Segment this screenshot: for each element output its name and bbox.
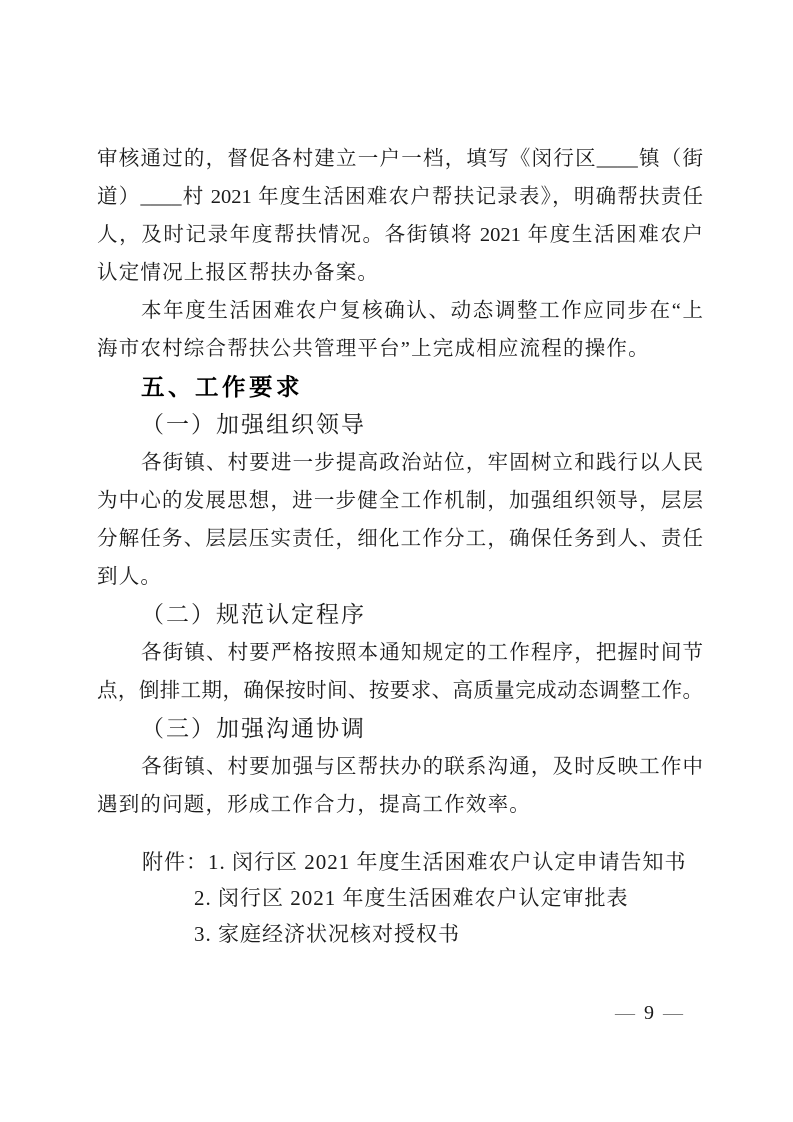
body-line: 点，倒排工期，确保按时间、按要求、高质量完成动态调整工作。 (97, 672, 703, 710)
footer-dash-left: — (615, 1002, 635, 1024)
attachment-item: 3. 家庭经济状况核对授权书 (97, 916, 703, 952)
body-line: 海市农村综合帮扶公共管理平台”上完成相应流程的操作。 (97, 330, 703, 368)
body-line: 分解任务、层层压实责任，细化工作分工，确保任务到人、责任 (97, 520, 703, 558)
body-line: 遇到的问题，形成工作合力，提高工作效率。 (97, 786, 703, 824)
body-line: 道）____村 2021 年度生活困难农户帮扶记录表》，明确帮扶责任 (97, 178, 703, 216)
attachments-label: 附件： (142, 850, 208, 874)
attachment-item: 1. 闵行区 2021 年度生活困难农户认定申请告知书 (208, 850, 687, 874)
attachment-line: 附件：1. 闵行区 2021 年度生活困难农户认定申请告知书 (97, 844, 703, 880)
page-footer: —9— (615, 1000, 683, 1026)
body-line: 各街镇、村要进一步提高政治站位，牢固树立和践行以人民 (97, 444, 703, 482)
section-heading: 五、工作要求 (97, 368, 703, 406)
document-body: 审核通过的，督促各村建立一户一档，填写《闵行区____镇（街 道）____村 2… (97, 140, 703, 952)
body-line: 认定情况上报区帮扶办备案。 (97, 254, 703, 292)
subsection-heading: （一）加强组织领导 (97, 406, 703, 444)
body-line: 为中心的发展思想，进一步健全工作机制，加强组织领导，层层 (97, 482, 703, 520)
footer-dash-right: — (663, 1002, 683, 1024)
body-line: 各街镇、村要加强与区帮扶办的联系沟通，及时反映工作中 (97, 748, 703, 786)
attachment-item: 2. 闵行区 2021 年度生活困难农户认定审批表 (97, 880, 703, 916)
attachments-block: 附件：1. 闵行区 2021 年度生活困难农户认定申请告知书 2. 闵行区 20… (97, 844, 703, 952)
page-number: 9 (635, 1002, 663, 1024)
document-page: 审核通过的，督促各村建立一户一档，填写《闵行区____镇（街 道）____村 2… (0, 0, 793, 1122)
subsection-heading: （三）加强沟通协调 (97, 710, 703, 748)
subsection-heading: （二）规范认定程序 (97, 596, 703, 634)
body-line: 到人。 (97, 558, 703, 596)
body-line: 各街镇、村要严格按照本通知规定的工作程序，把握时间节 (97, 634, 703, 672)
body-line: 审核通过的，督促各村建立一户一档，填写《闵行区____镇（街 (97, 140, 703, 178)
body-line: 本年度生活困难农户复核确认、动态调整工作应同步在“上 (97, 292, 703, 330)
body-line: 人，及时记录年度帮扶情况。各街镇将 2021 年度生活困难农户 (97, 216, 703, 254)
